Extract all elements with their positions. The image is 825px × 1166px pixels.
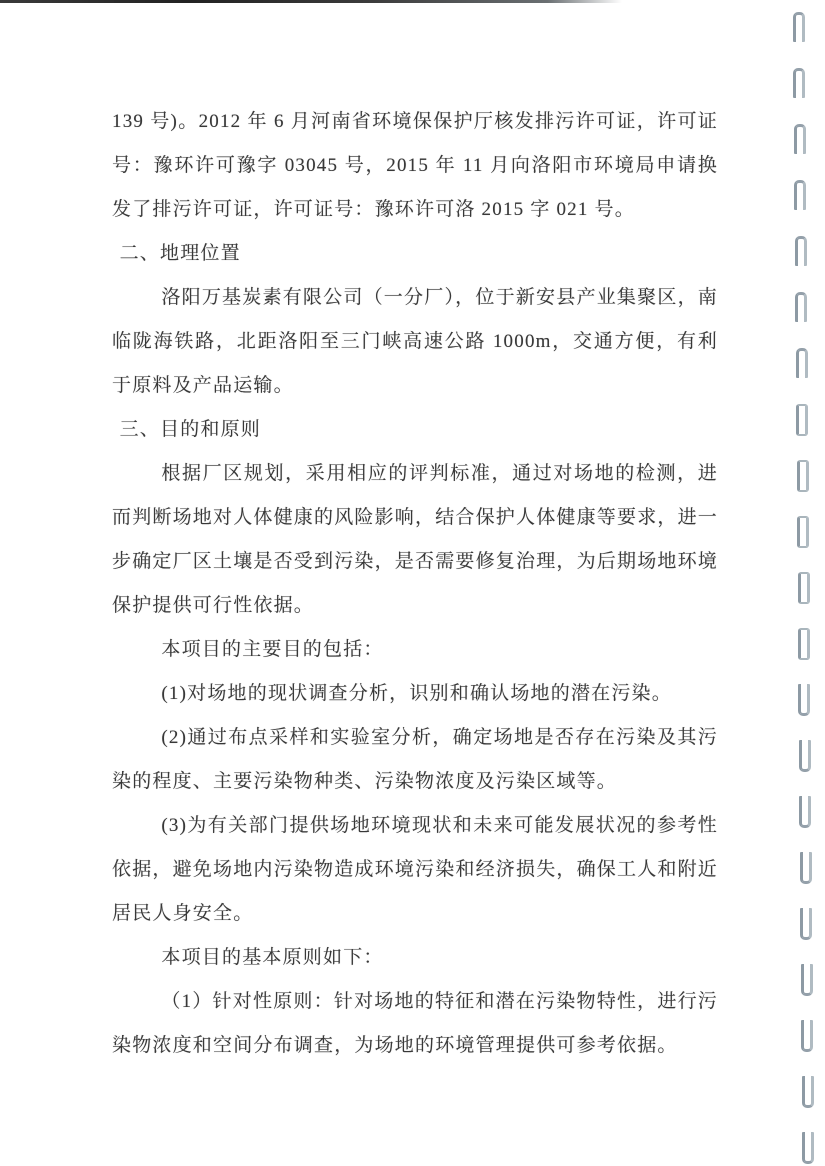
binding-ring-icon — [796, 404, 808, 436]
paragraph-principles-intro: 本项目的基本原则如下： — [112, 936, 718, 980]
section-heading-purpose: 三、目的和原则 — [112, 408, 718, 452]
binding-ring-icon — [802, 1076, 814, 1108]
section-heading-location: 二、地理位置 — [112, 232, 718, 276]
binding-ring-icon — [797, 460, 809, 492]
paragraph-permit-continuation: 139 号)。2012 年 6 月河南省环境保保护厅核发排污许可证，许可证号：豫… — [112, 100, 718, 232]
scan-edge-artifact — [0, 0, 622, 3]
binding-ring-icon — [793, 68, 805, 98]
paragraph-goal-1: (1)对场地的现状调查分析，识别和确认场地的潜在污染。 — [112, 672, 718, 716]
binding-ring-icon — [800, 908, 812, 940]
binding-ring-icon — [798, 684, 810, 716]
binding-ring-icon — [800, 852, 812, 884]
binding-ring-icon — [794, 124, 806, 154]
paragraph-goal-3: (3)为有关部门提供场地环境现状和未来可能发展状况的参考性依据，避免场地内污染物… — [112, 804, 718, 936]
paragraph-goals-intro: 本项目的主要目的包括： — [112, 628, 718, 672]
paragraph-principle-1: （1）针对性原则：针对场地的特征和潜在污染物特性，进行污染物浓度和空间分布调查，… — [112, 980, 718, 1068]
document-page: 139 号)。2012 年 6 月河南省环境保保护厅核发排污许可证，许可证号：豫… — [0, 0, 825, 1166]
binding-ring-icon — [799, 796, 811, 828]
binding-ring-icon — [802, 1132, 814, 1164]
binding-ring-icon — [794, 180, 806, 210]
binding-ring-icon — [801, 1020, 813, 1052]
binding-ring-icon — [795, 236, 807, 266]
binding-ring-icon — [795, 292, 807, 322]
binding-ring-icon — [798, 572, 810, 604]
binding-ring-icon — [793, 12, 805, 42]
binding-ring-icon — [796, 348, 808, 378]
binding-ring-icon — [797, 516, 809, 548]
binding-ring-icon — [798, 628, 810, 660]
paragraph-goal-2: (2)通过布点采样和实验室分析，确定场地是否存在污染及其污染的程度、主要污染物种… — [112, 716, 718, 804]
binding-ring-icon — [799, 740, 811, 772]
binding-ring-icon — [801, 964, 813, 996]
paragraph-location-desc: 洛阳万基炭素有限公司（一分厂），位于新安县产业集聚区，南临陇海铁路，北距洛阳至三… — [112, 276, 718, 408]
paragraph-purpose-overview: 根据厂区规划，采用相应的评判标准，通过对场地的检测，进而判断场地对人体健康的风险… — [112, 452, 718, 628]
document-text: 139 号)。2012 年 6 月河南省环境保保护厅核发排污许可证，许可证号：豫… — [112, 100, 718, 1068]
